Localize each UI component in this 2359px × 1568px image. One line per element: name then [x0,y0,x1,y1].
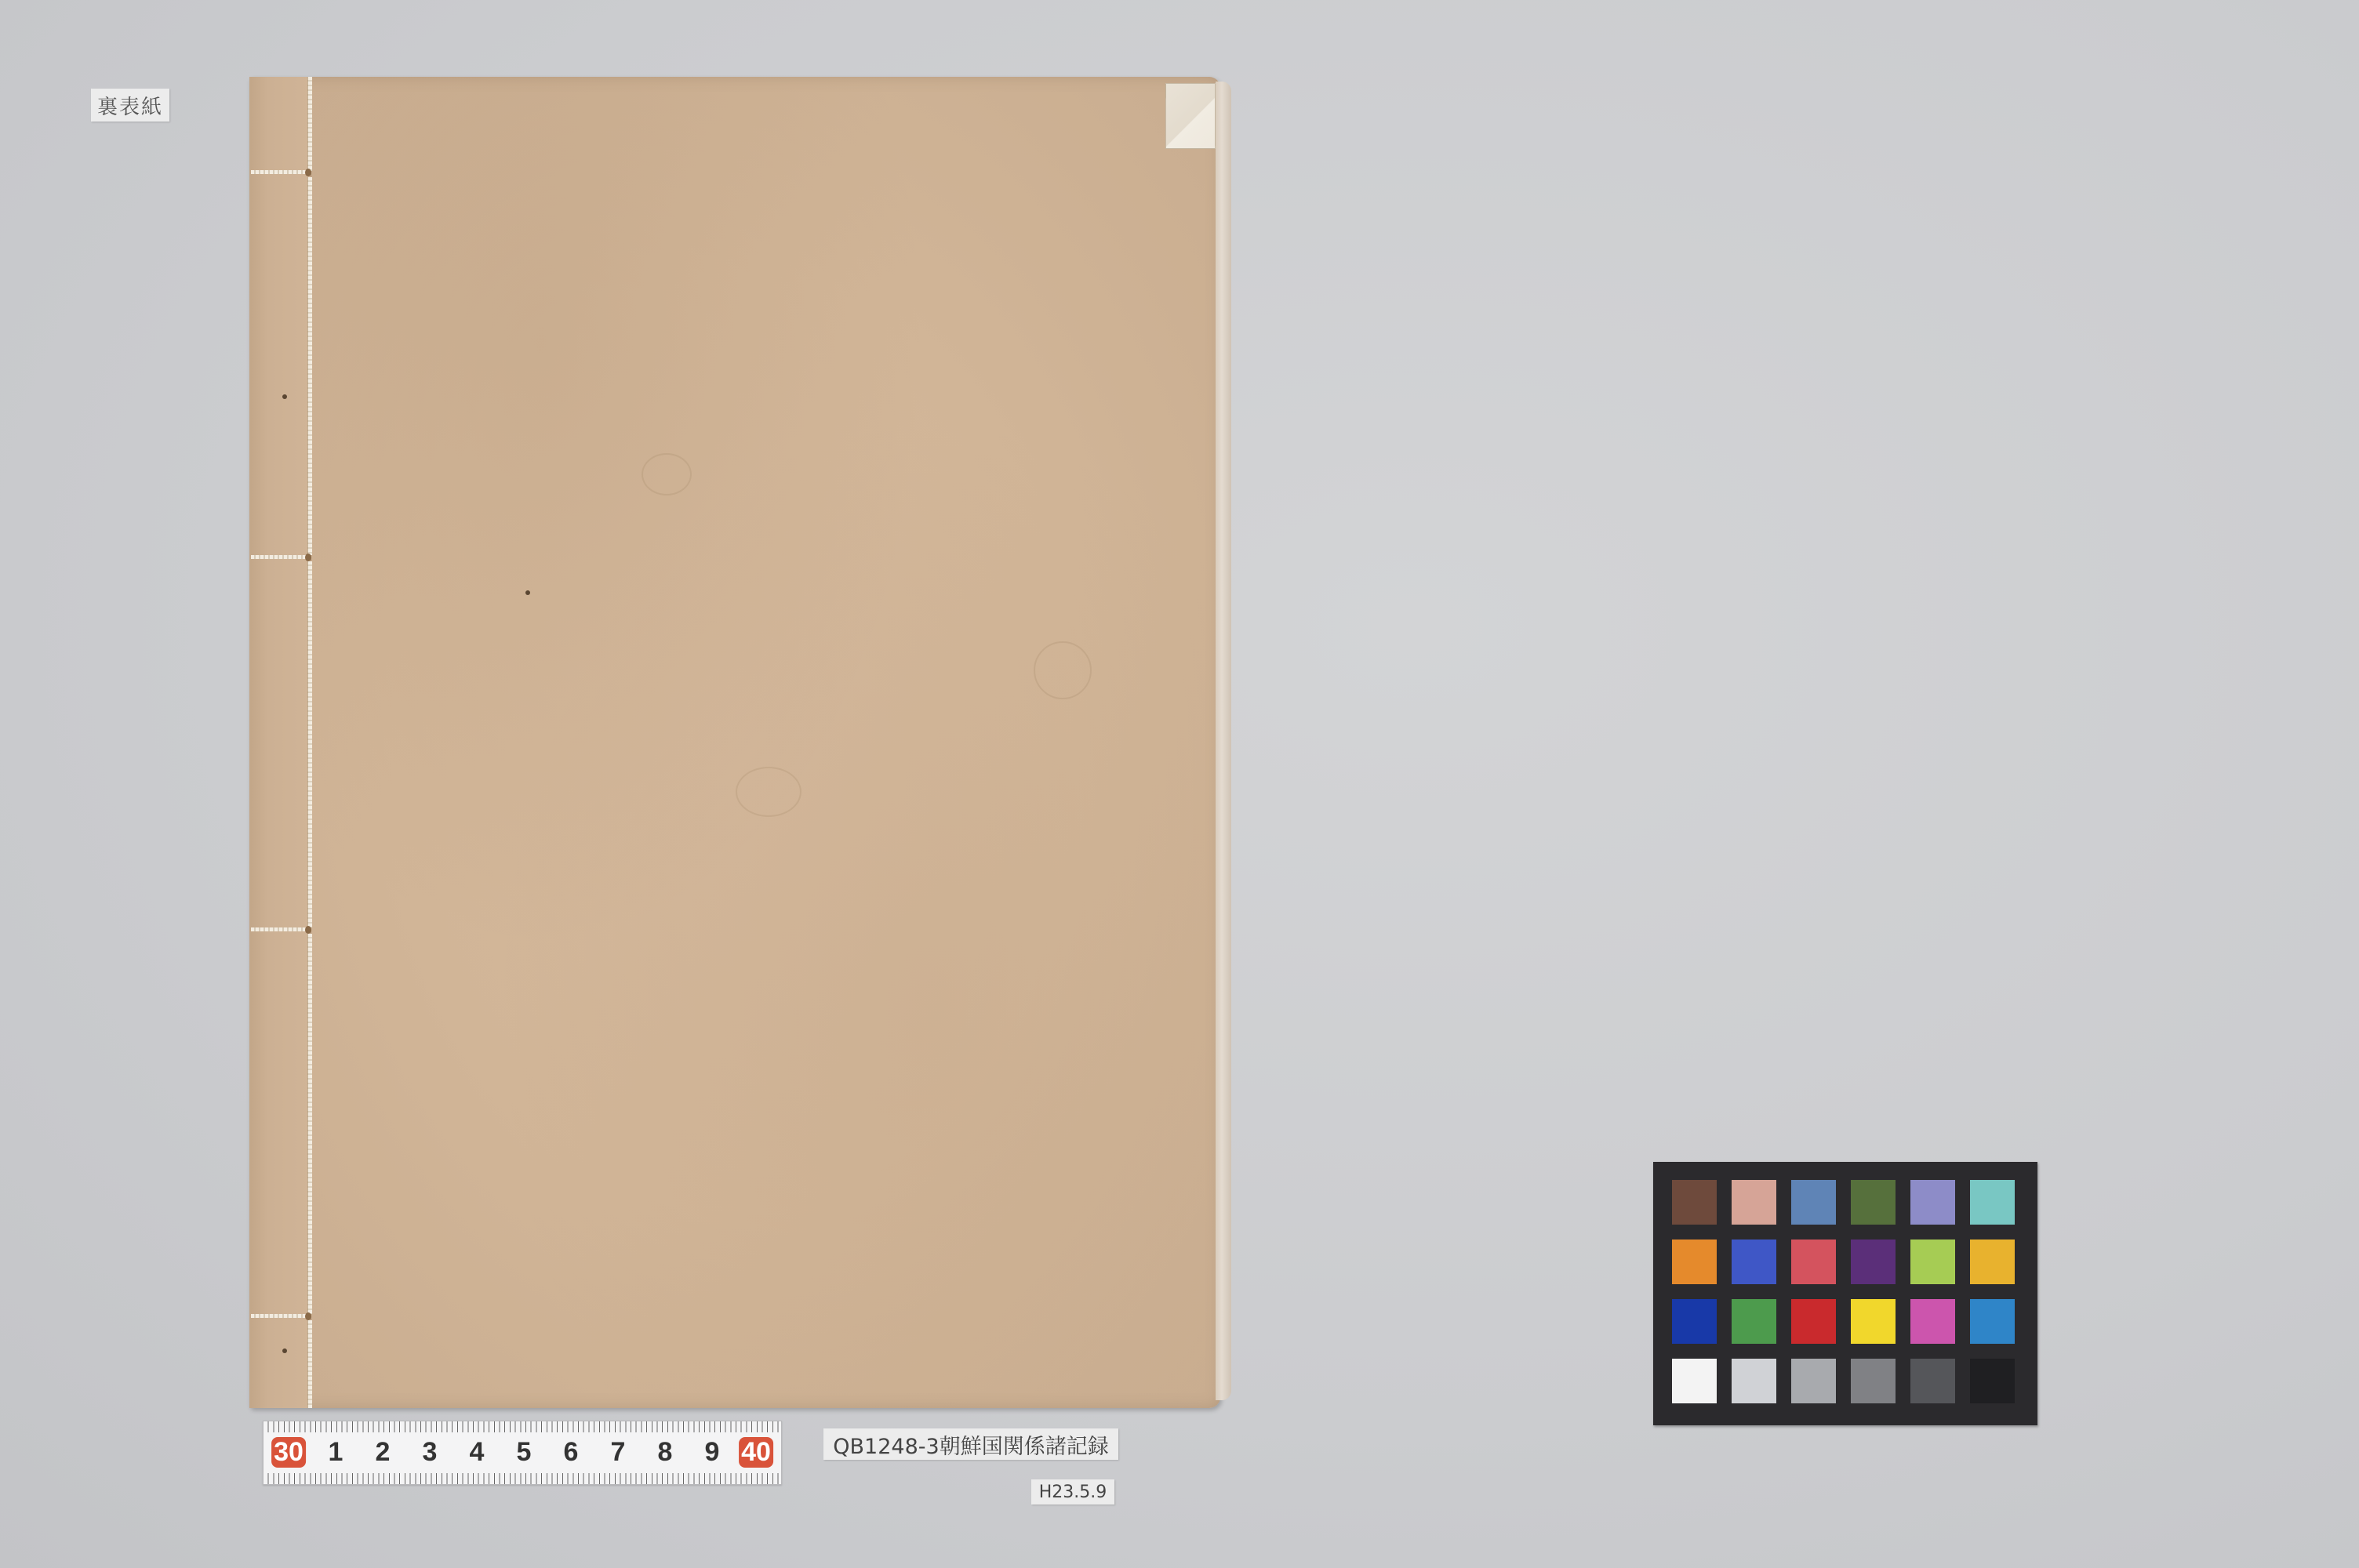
color-patch [1851,1359,1896,1403]
date-label: H23.5.9 [1031,1479,1114,1504]
binding-stitch [251,170,309,174]
binding-thread [307,1320,312,1408]
color-patch [1672,1240,1717,1284]
ruler-number: 3 [423,1437,438,1468]
color-patch [1910,1359,1955,1403]
ruler-number: 1 [329,1437,343,1468]
binding-hole [305,926,311,934]
speck [525,590,530,595]
color-patch [1791,1180,1836,1225]
color-patch [1672,1299,1717,1344]
back-cover-label: 裏表紙 [91,89,169,122]
color-patch [1851,1180,1896,1225]
color-patch [1672,1359,1717,1403]
stain [1034,641,1092,699]
color-patch [1970,1359,2015,1403]
ruler-number: 6 [564,1437,579,1468]
ruler-number: 9 [705,1437,720,1468]
color-checker-card [1653,1162,2037,1425]
spine-strip [249,77,311,1408]
ruler-number: 30 [271,1437,306,1468]
color-patch [1910,1240,1955,1284]
binding-stitch [251,555,309,559]
binding-stitch [251,1314,309,1318]
book-back-cover [249,77,1220,1408]
binding-hole [305,1312,311,1320]
binding-hole [305,554,311,561]
binding-hole [305,169,311,176]
corner-fold [1165,83,1216,149]
color-patch [1910,1299,1955,1344]
color-patch [1791,1240,1836,1284]
binding-thread [307,177,312,555]
color-patch [1791,1359,1836,1403]
ruler-number: 2 [376,1437,391,1468]
color-patch [1970,1240,2015,1284]
stain [642,453,692,495]
color-patch [1970,1180,2015,1225]
book-page-edge [1216,82,1231,1400]
ruler-ticks [264,1473,781,1484]
color-patch [1672,1180,1717,1225]
color-patch [1851,1240,1896,1284]
color-patch [1970,1299,2015,1344]
ruler-number: 5 [517,1437,532,1468]
stain [736,767,801,817]
ruler-number: 4 [470,1437,485,1468]
ruler-ticks [264,1421,781,1432]
binding-thread [307,934,312,1314]
binding-thread [307,77,312,171]
speck [282,1348,287,1353]
color-patch [1732,1359,1776,1403]
color-patch [1851,1299,1896,1344]
ruler-number: 7 [611,1437,626,1468]
ruler-number: 40 [739,1437,773,1468]
color-patch [1732,1299,1776,1344]
color-patch [1791,1299,1836,1344]
binding-stitch [251,927,309,931]
catalog-number-label: QB1248-3朝鮮国関係諸記録 [823,1428,1118,1460]
color-patch [1910,1180,1955,1225]
measuring-ruler: 30 1 2 3 4 5 6 7 8 9 40 [263,1421,782,1485]
speck [282,394,287,399]
color-patch [1732,1240,1776,1284]
ruler-number: 8 [658,1437,673,1468]
color-patch [1732,1180,1776,1225]
binding-thread [307,561,312,927]
